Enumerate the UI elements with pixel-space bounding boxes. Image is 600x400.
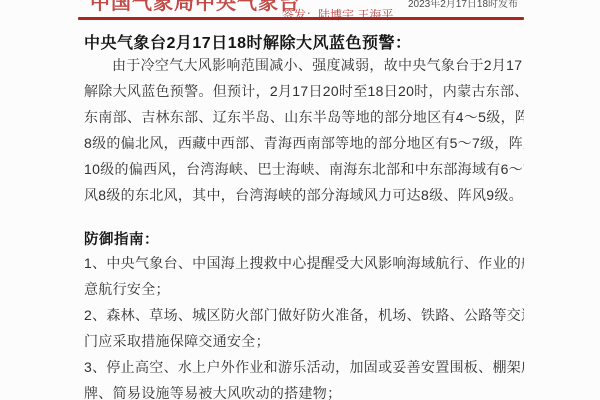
masthead-title: 中国气象局中央气象台 [90,0,300,15]
header-divider-rule [78,17,524,20]
text-line: 2、森林、草场、城区防火部门做好防火准备，机场、铁路、公路等交通管理部 [84,302,524,328]
announcement-paragraph: 由于冷空气大风影响范围减小、强度减弱，故中央气象台于2月17日18时 解除大风蓝… [84,52,524,208]
issuer-line: 签发：陆博宇 王海平 [282,6,393,23]
text-line: 3、停止高空、水上户外作业和游乐活动，加固或妥善安置围板、棚架广告 [84,354,524,380]
text-line: 牌、简易设施等易被大风吹动的搭建物； [84,380,524,400]
text-line: 由于冷空气大风影响范围减小、强度减弱，故中央气象台于2月17日18时 [84,52,524,78]
defense-item-1: 1、中央气象台、中国海上搜救中心提醒受大风影响海域航行、作业的船舶，注 意航行安… [84,250,524,302]
bulletin-page: 中国气象局中央气象台 2023年2月17日18时发布 签发：陆博宇 王海平 中央… [0,0,600,400]
text-line: 10级的偏西风，台湾海峡、巴士海峡、南海东北部和中东部海域有6～7级、阵 [84,156,524,182]
text-line: 风8级的东北风，其中，台湾海峡的部分海域风力可达8级、阵风9级。 [84,182,524,208]
defense-item-2: 2、森林、草场、城区防火部门做好防火准备，机场、铁路、公路等交通管理部 门应采取… [84,302,524,354]
text-line: 东南部、吉林东部、辽东半岛、山东半岛等地的部分地区有4～5级，阵风6～ [84,104,524,130]
text-line: 1、中央气象台、中国海上搜救中心提醒受大风影响海域航行、作业的船舶，注 [84,250,524,276]
text-line: 门应采取措施保障交通安全； [84,328,524,354]
text-line: 8级的偏北风，西藏中西部、青海西南部等地的部分地区有5～7级，阵风8～ [84,130,524,156]
defense-guide-list: 1、中央气象台、中国海上搜救中心提醒受大风影响海域航行、作业的船舶，注 意航行安… [84,250,524,400]
defense-item-3: 3、停止高空、水上户外作业和游乐活动，加固或妥善安置围板、棚架广告 牌、简易设施… [84,354,524,400]
warning-headline: 中央气象台2月17日18时解除大风蓝色预警： [84,30,524,53]
issue-datetime: 2023年2月17日18时发布 [408,0,518,10]
defense-guide-title: 防御指南： [84,228,159,249]
text-line: 解除大风蓝色预警。但预计，2月17日20时至18日20时，内蒙古东部、黑龙江 [84,78,524,104]
text-line: 意航行安全； [84,276,524,302]
